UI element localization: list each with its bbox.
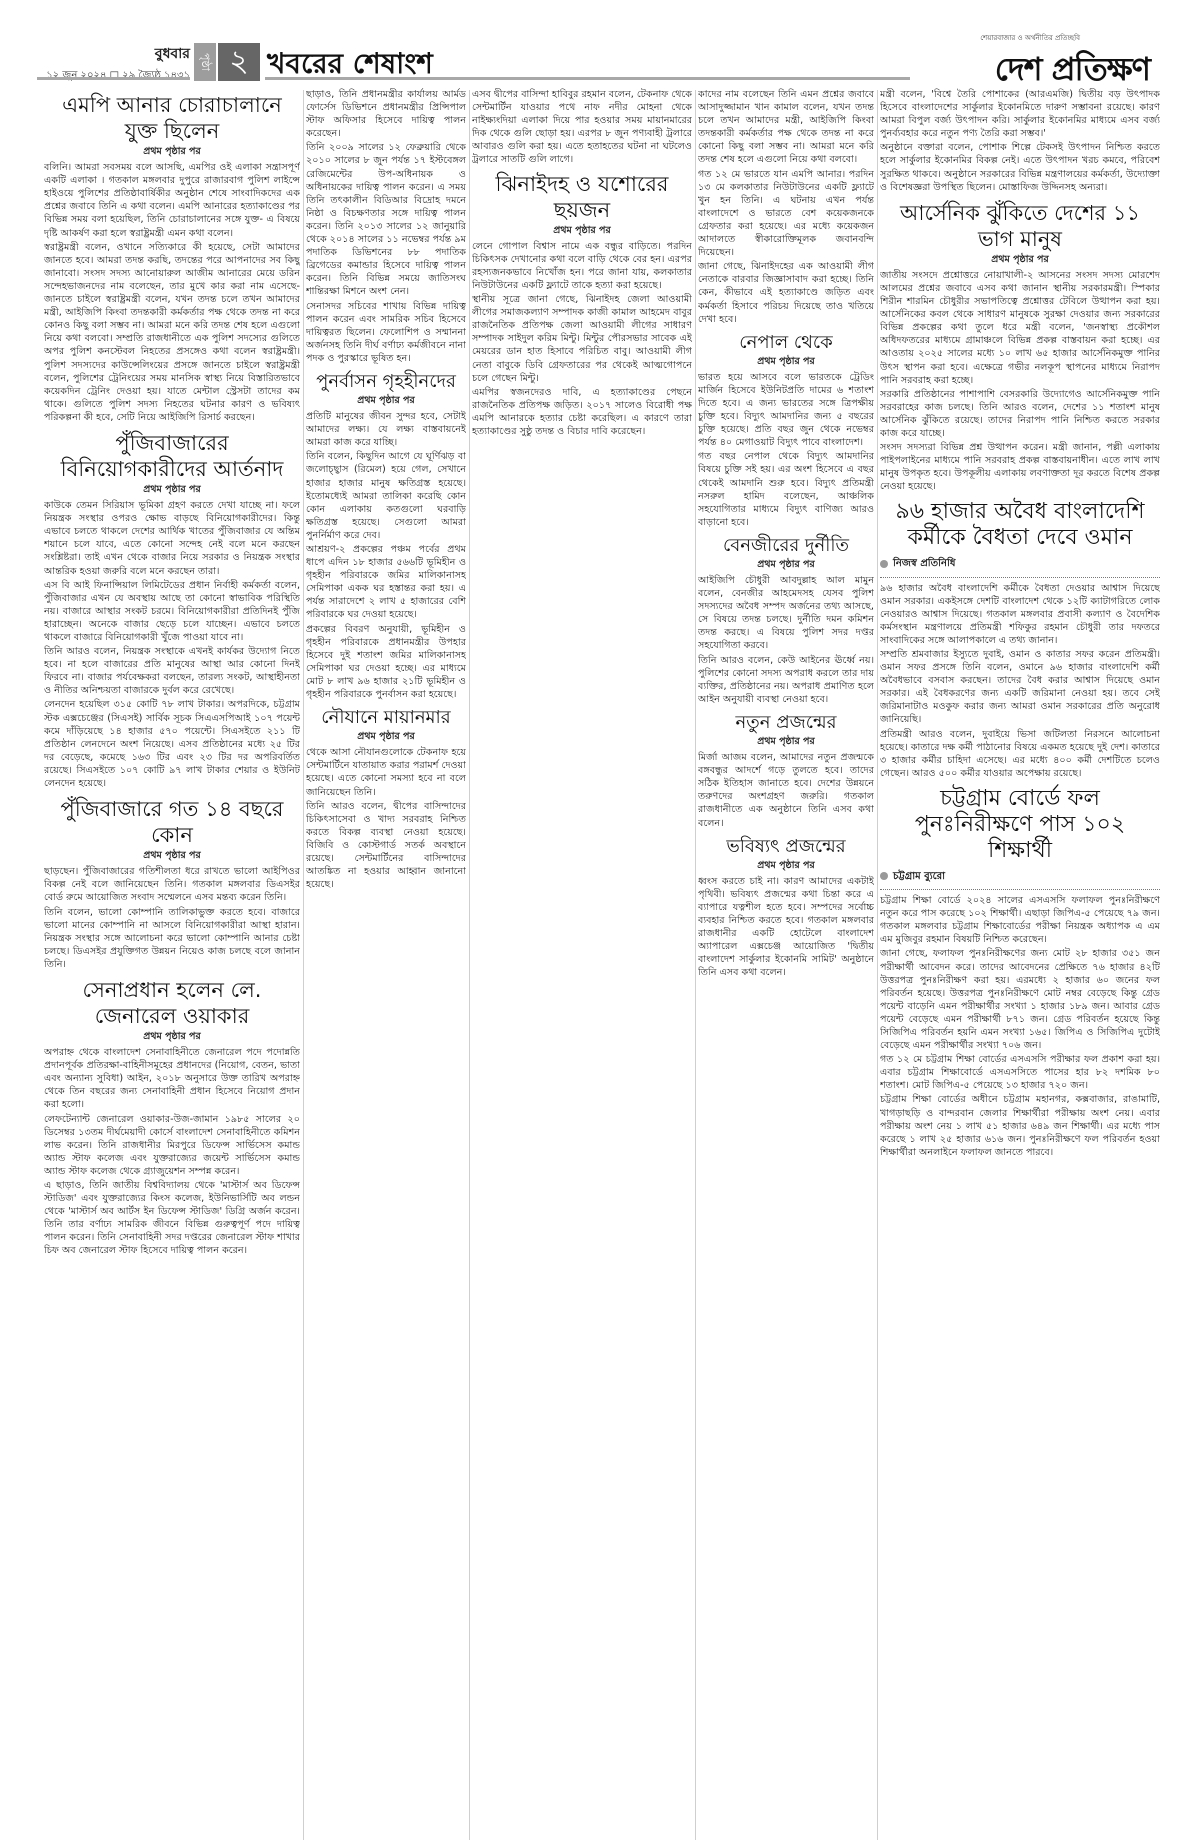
paragraph: এসব দ্বীপের বাসিন্দা হাবিবুর রহমান বলেন,… — [472, 88, 692, 167]
paragraph: গত ১২ মে ভারতে যান এমপি আনার। পরদিন ১৩ ম… — [698, 168, 874, 260]
page-label: পৃষ্ঠা — [194, 43, 216, 81]
story-rehab: পুনর্বাসন গৃহহীনদের প্রথম পৃষ্ঠার পর প্র… — [306, 371, 466, 701]
page-number: ২ — [218, 43, 260, 81]
paragraph: আশ্রয়ণ-২ প্রকল্পের পঞ্চম পর্বের প্রথম ধ… — [306, 543, 466, 622]
paragraph: সেনাসদর সচিবের শাখায় বিভিন্ন দায়িত্ব প… — [306, 300, 466, 365]
byline-text: চট্টগ্রাম ব্যুরো — [893, 870, 945, 883]
paragraph: তিনি আরও বলেন, নিয়ন্ত্রক সংস্থাকে এখনই … — [44, 645, 300, 697]
jump-label: প্রথম পৃষ্ঠার পর — [698, 735, 874, 748]
paragraph: তিনি বলেন, ভালো কোম্পানি তালিকাভুক্ত করত… — [44, 906, 300, 971]
paragraph: অপরাহ্ন থেকে বাংলাদেশ সেনাবাহিনীতে জেনার… — [44, 1046, 300, 1111]
paragraph: প্রকল্পের বিবরণ অনুযায়ী, ভূমিহীন ও গৃহহ… — [306, 623, 466, 702]
paragraph: জাতীয় সংসদে প্রশ্নোত্তরে নোয়াখালী-২ আস… — [880, 269, 1160, 387]
story-future-generation: ভবিষ্যৎ প্রজন্মের প্রথম পৃষ্ঠার পর ধ্বংস… — [698, 836, 874, 980]
headline: সেনাপ্রধান হলেন লে. জেনারেল ওয়াকার — [44, 977, 300, 1029]
paragraph: স্বরাষ্ট্রমন্ত্রী বলেন, ওখানে সত্যিকারে … — [44, 241, 300, 424]
paragraph: মির্জা আজম বলেন, আমাদের নতুন প্রজন্মকে ব… — [698, 751, 874, 830]
story-inquiry: কাদের নাম বলেছেন তিনি এমন প্রশ্নের জবাবে… — [698, 88, 874, 326]
paragraph: এস বি আই ফিনান্সিয়াল লিমিটেডের প্রধান ন… — [44, 579, 300, 644]
brand-tagline: শেয়ারবাজার ও অর্থনীতির প্রতিচ্ছবি — [980, 32, 1080, 44]
story-benazir: বেনজীরের দুর্নীতি প্রথম পৃষ্ঠার পর আইজিপ… — [698, 535, 874, 706]
paragraph: তিনি আরও বলেন, দ্বীপের বাসিন্দাদের চিকিৎ… — [306, 800, 466, 892]
paragraph: আইজিপি চৌধুরী আবদুল্লাহ আল মামুন বলেন, ব… — [698, 574, 874, 653]
bullet-icon — [880, 560, 888, 568]
headline: আর্সেনিক ঝুঁকিতে দেশের ১১ ভাগ মানুষ — [880, 200, 1160, 252]
column-3: এসব দ্বীপের বাসিন্দা হাবিবুর রহমান বলেন,… — [472, 88, 692, 1843]
headline: ৯৬ হাজার অবৈধ বাংলাদেশি কর্মীকে বৈধতা দে… — [880, 499, 1160, 551]
jump-label: প্রথম পৃষ্ঠার পর — [698, 355, 874, 368]
paragraph: গত বছর নেপাল থেকে বিদ্যুৎ আমদানির বিষয়ে… — [698, 450, 874, 529]
headline: নৌযানে মায়ানমার — [306, 707, 466, 729]
bullet-icon — [880, 872, 888, 880]
paragraph: চট্টগ্রাম শিক্ষা বোর্ডে ২০২৪ সালের এসএসস… — [880, 894, 1160, 946]
section-title: খবরের শেষাংশ — [267, 42, 433, 89]
headline: পুঁজিবাজারের বিনিয়োগকারীদের আর্তনাদ — [44, 430, 300, 482]
headline: চট্টগ্রাম বোর্ডে ফল পুনঃনিরীক্ষণে পাস ১০… — [880, 786, 1160, 864]
story-market-14-years: পুঁজিবাজারে গত ১৪ বছরে কোন প্রথম পৃষ্ঠার… — [44, 796, 300, 971]
newspaper-logo: দেশ প্রতিক্ষণ — [995, 50, 1150, 88]
story-army-chief-continued: ছাড়াও, তিনি প্রধানমন্ত্রীর কার্যালয় আর… — [306, 88, 466, 365]
paragraph: গত ১২ মে চট্টগ্রাম শিক্ষা বোর্ডের এসএসসি… — [880, 1053, 1160, 1092]
paragraph: তিনি ২০০৯ সালের ১২ ফেব্রুয়ারি থেকে ২০১০… — [306, 141, 466, 298]
paragraph: লেফটেন্যান্ট জেনারেল ওয়াকার-উজ-জামান ১৯… — [44, 1113, 300, 1178]
story-new-generation: নতুন প্রজন্মের প্রথম পৃষ্ঠার পর মির্জা আ… — [698, 712, 874, 830]
story-mp-anar: এমপি আনার চোরাচালানে যুক্ত ছিলেন প্রথম প… — [44, 92, 300, 424]
weekday: বুধবার — [0, 42, 190, 66]
jump-label: প্রথম পৃষ্ঠার পর — [472, 224, 692, 237]
paragraph: লেনে গোপাল বিশ্বাস নামে এক বন্ধুর বাড়িত… — [472, 240, 692, 292]
paragraph: তিনি আরও বলেন, কেউ আইনের ঊর্ধ্বে নয়। পু… — [698, 654, 874, 706]
headline: পুঁজিবাজারে গত ১৪ বছরে কোন — [44, 796, 300, 848]
jump-label: প্রথম পৃষ্ঠার পর — [44, 145, 300, 158]
paragraph: ছাড়ছেন। পুঁজিবাজারের গতিশীলতা ধরে রাখতে… — [44, 865, 300, 904]
paragraph: প্রতিমন্ত্রী আরও বলেন, দুবাইয়ে ভিসা জটি… — [880, 728, 1160, 780]
rule-divider — [37, 77, 190, 80]
column-divider — [303, 90, 304, 1840]
column-5: মন্ত্রী বলেন, 'বিশ্বে তৈরি পোশাকের (আরএম… — [880, 88, 1160, 1843]
paragraph: তিনি বলেন, কিছুদিন আগে যে ঘূর্ণিঝড় বা জ… — [306, 450, 466, 542]
paragraph: ৯৬ হাজার অবৈধ বাংলাদেশি কর্মীকে বৈধতা দে… — [880, 582, 1160, 647]
paragraph: মন্ত্রী বলেন, 'বিশ্বে তৈরি পোশাকের (আরএম… — [880, 88, 1160, 140]
paragraph: প্রতিটি মানুষের জীবন সুন্দর হবে, সেটাই আ… — [306, 410, 466, 449]
jump-label: প্রথম পৃষ্ঠার পর — [44, 849, 300, 862]
paragraph: এমপির স্বজনদেরও দাবি, এ হত্যাকাণ্ডের পেছ… — [472, 386, 692, 438]
headline: নেপাল থেকে — [698, 332, 874, 354]
headline: পুনর্বাসন গৃহহীনদের — [306, 371, 466, 393]
paragraph: সরকারি প্রতিষ্ঠানের পাশাপাশি বেসরকারি উদ… — [880, 388, 1160, 440]
story-nepal: নেপাল থেকে প্রথম পৃষ্ঠার পর ভারত হয়ে আস… — [698, 332, 874, 529]
jump-label: প্রথম পৃষ্ঠার পর — [698, 859, 874, 872]
story-arsenic: আর্সেনিক ঝুঁকিতে দেশের ১১ ভাগ মানুষ প্রথ… — [880, 200, 1160, 494]
jump-label: প্রথম পৃষ্ঠার পর — [44, 483, 300, 496]
headline: এমপি আনার চোরাচালানে যুক্ত ছিলেন — [44, 92, 300, 144]
jump-label: প্রথম পৃষ্ঠার পর — [698, 558, 874, 571]
column-4: কাদের নাম বলেছেন তিনি এমন প্রশ্নের জবাবে… — [698, 88, 874, 1843]
story-investors: পুঁজিবাজারের বিনিয়োগকারীদের আর্তনাদ প্র… — [44, 430, 300, 790]
paragraph: থেকে আসা নৌযানগুলোকে টেকনাফ হয়ে সেন্টমা… — [306, 746, 466, 798]
paragraph: ছাড়াও, তিনি প্রধানমন্ত্রীর কার্যালয় আর… — [306, 88, 466, 140]
column-2: ছাড়াও, তিনি প্রধানমন্ত্রীর কার্যালয় আর… — [306, 88, 466, 1843]
paragraph: সংসদ সদস্যরা বিভিন্ন প্রশ্ন উত্থাপন করেন… — [880, 441, 1160, 493]
column-divider — [695, 90, 696, 1840]
story-rmg: মন্ত্রী বলেন, 'বিশ্বে তৈরি পোশাকের (আরএম… — [880, 88, 1160, 194]
jump-label: প্রথম পৃষ্ঠার পর — [306, 730, 466, 743]
paragraph: ভারত হয়ে আসবে বলে ভারতকে ট্রেডিং মার্জি… — [698, 371, 874, 450]
headline: ঝিনাইদহ ও যশোরের ছয়জন — [472, 171, 692, 223]
paragraph: সম্প্রতি শ্রমবাজার ইস্যুতে দুবাই, ওমান ও… — [880, 648, 1160, 727]
byline: চট্টগ্রাম ব্যুরো — [880, 870, 1160, 890]
story-army-chief: সেনাপ্রধান হলেন লে. জেনারেল ওয়াকার প্রথ… — [44, 977, 300, 1258]
headline: নতুন প্রজন্মের — [698, 712, 874, 734]
column-divider — [877, 90, 878, 1840]
jump-label: প্রথম পৃষ্ঠার পর — [44, 1030, 300, 1043]
headline: বেনজীরের দুর্নীতি — [698, 535, 874, 557]
paragraph: স্থানীয় সূত্রে জানা গেছে, ঝিনাইদহ জেলা … — [472, 293, 692, 385]
paragraph: কাউকে তেমন সিরিয়াস ভূমিকা গ্রহণ করতে দে… — [44, 499, 300, 578]
story-oman: ৯৬ হাজার অবৈধ বাংলাদেশি কর্মীকে বৈধতা দে… — [880, 499, 1160, 780]
story-myanmar: নৌযানে মায়ানমার প্রথম পৃষ্ঠার পর থেকে আ… — [306, 707, 466, 891]
column-divider — [469, 90, 470, 1840]
paragraph: লেনদেন হয়েছিল ৩১৫ কোটি ৭৮ লাখ টাকার। অপ… — [44, 698, 300, 790]
paragraph: এ ছাড়াও, তিনি জাতীয় বিশ্ববিদ্যালয় থেক… — [44, 1179, 300, 1258]
paragraph: ধ্বংস করতে চাই না। কারণ আমাদের একটাই পৃথ… — [698, 875, 874, 980]
paragraph: জানা গেছে, ঝিনাইদহের এক আওয়ামী লীগ নেতা… — [698, 260, 874, 325]
paragraph: জানা গেছে, ফলাফল পুনঃনিরীক্ষণের জন্য মোট… — [880, 947, 1160, 1052]
byline: নিজস্ব প্রতিনিধি — [880, 557, 1160, 577]
paragraph: বলিনি। আমরা সবসময় বলে আসছি, এমপির ওই এল… — [44, 161, 300, 240]
byline-text: নিজস্ব প্রতিনিধি — [893, 557, 955, 570]
paragraph: অনুষ্ঠানে বক্তারা বলেন, পোশাক শিল্পে টেক… — [880, 141, 1160, 193]
paragraph: চট্টগ্রাম শিক্ষা বোর্ডের অধীনে চট্টগ্রাম… — [880, 1093, 1160, 1158]
rule-divider — [265, 77, 910, 80]
column-1: এমপি আনার চোরাচালানে যুক্ত ছিলেন প্রথম প… — [44, 88, 300, 1843]
masthead: বুধবার ১২ জুন ২০২৪ □ ২৯ জ্যৈষ্ঠ ১৪৩১ পৃষ… — [0, 0, 1200, 80]
headline: ভবিষ্যৎ প্রজন্মের — [698, 836, 874, 858]
jump-label: প্রথম পৃষ্ঠার পর — [306, 394, 466, 407]
paragraph: কাদের নাম বলেছেন তিনি এমন প্রশ্নের জবাবে… — [698, 88, 874, 167]
story-jhenaidah: এসব দ্বীপের বাসিন্দা হাবিবুর রহমান বলেন,… — [472, 88, 692, 438]
story-ctg-board: চট্টগ্রাম বোর্ডে ফল পুনঃনিরীক্ষণে পাস ১০… — [880, 786, 1160, 1159]
jump-label: প্রথম পৃষ্ঠার পর — [880, 253, 1160, 266]
